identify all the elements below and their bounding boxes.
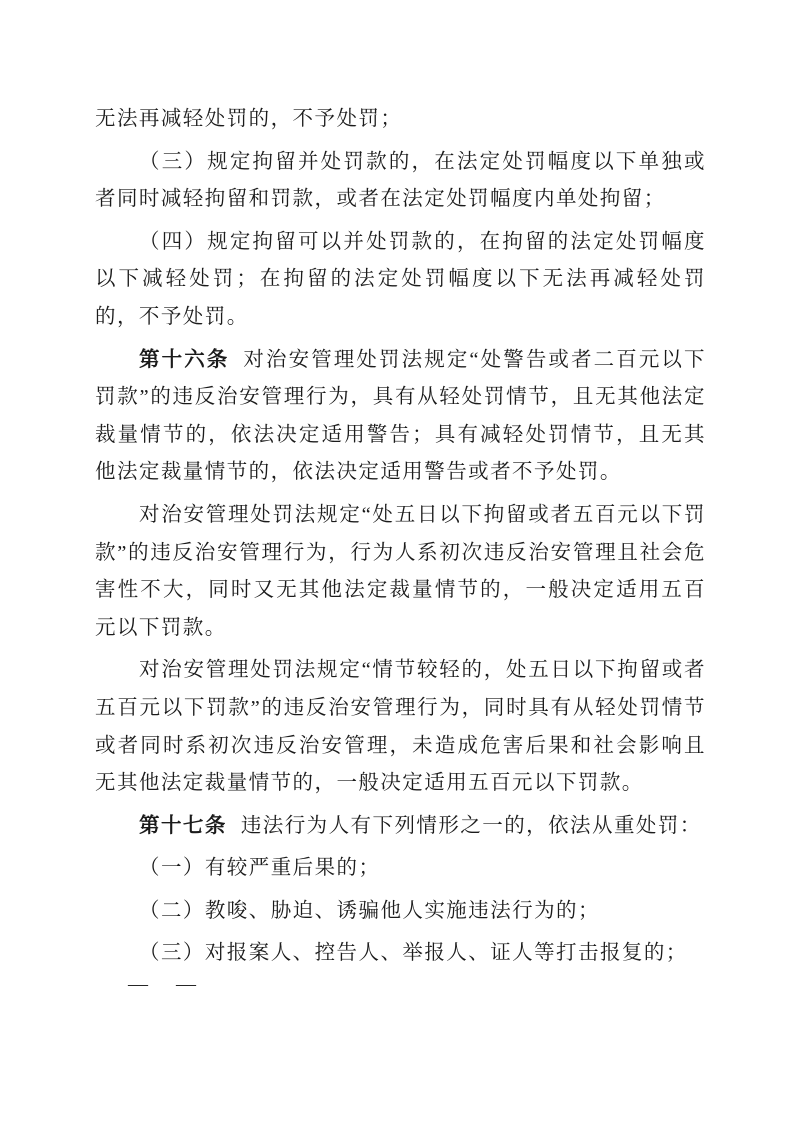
paragraph: 对治安管理处罚法规定“情节较轻的，处五日以下拘留或者五百元以下罚款”的违反治安管… xyxy=(95,652,706,802)
document-page: 无法再减轻处罚的，不予处罚；（三）规定拘留并处罚款的，在法定处罚幅度以下单独或者… xyxy=(0,0,793,1122)
page-number-gap xyxy=(148,984,176,985)
paragraph-text: （一）有较严重后果的； xyxy=(139,857,380,879)
paragraph: （二）教唆、胁迫、诱骗他人实施违法行为的； xyxy=(95,893,706,931)
page-number-dash-left: — xyxy=(128,974,148,994)
article-number: 第十七条 xyxy=(139,815,227,837)
paragraph-text: 对治安管理处罚法规定“处五日以下拘留或者五百元以下罚款”的违反治安管理行为，行为… xyxy=(95,504,706,639)
paragraph: 对治安管理处罚法规定“处五日以下拘留或者五百元以下罚款”的违反治安管理行为，行为… xyxy=(95,497,706,647)
paragraph-text: 违法行为人有下列情形之一的，依法从重处罚： xyxy=(241,815,702,837)
paragraph-text: （二）教唆、胁迫、诱骗他人实施违法行为的； xyxy=(139,900,600,922)
paragraph-text: （四）规定拘留可以并处罚款的，在拘留的法定处罚幅度以下减轻处罚；在拘留的法定处罚… xyxy=(95,231,706,328)
article-paragraph: 第十七条违法行为人有下列情形之一的，依法从重处罚： xyxy=(95,808,706,846)
page-number-marker: — — xyxy=(128,974,196,994)
article-number: 第十六条 xyxy=(139,349,229,371)
paragraph: （四）规定拘留可以并处罚款的，在拘留的法定处罚幅度以下减轻处罚；在拘留的法定处罚… xyxy=(95,224,706,337)
page-number-dash-right: — xyxy=(176,974,196,994)
paragraph-text: 对治安管理处罚法规定“情节较轻的，处五日以下拘留或者五百元以下罚款”的违反治安管… xyxy=(95,659,706,794)
paragraph: （三）规定拘留并处罚款的，在法定处罚幅度以下单独或者同时减轻拘留和罚款，或者在法… xyxy=(95,144,706,219)
paragraph: （一）有较严重后果的； xyxy=(95,850,706,888)
paragraph: 无法再减轻处罚的，不予处罚； xyxy=(95,101,706,139)
paragraph-text: （三）规定拘留并处罚款的，在法定处罚幅度以下单独或者同时减轻拘留和罚款，或者在法… xyxy=(95,151,706,211)
paragraph: （三）对报案人、控告人、举报人、证人等打击报复的； xyxy=(95,935,706,973)
article-paragraph: 第十六条对治安管理处罚法规定“处警告或者二百元以下罚款”的违反治安管理行为，具有… xyxy=(95,342,706,492)
paragraph-text: 无法再减轻处罚的，不予处罚； xyxy=(95,108,402,130)
document-body: 无法再减轻处罚的，不予处罚；（三）规定拘留并处罚款的，在法定处罚幅度以下单独或者… xyxy=(95,101,706,973)
paragraph-text: （三）对报案人、控告人、举报人、证人等打击报复的； xyxy=(139,942,688,964)
